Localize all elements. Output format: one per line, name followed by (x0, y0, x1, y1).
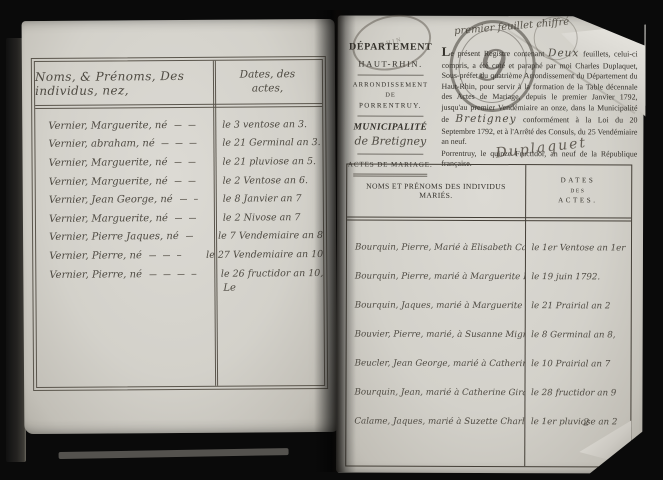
table-row: Vernier, abraham, néle 21 Germinal an 3. (35, 134, 322, 155)
name-cell: Vernier, Marguerite, né (49, 213, 168, 225)
left-page: Noms, & Prénoms, Des individus, nez, Dat… (22, 19, 338, 434)
dash-filler (149, 273, 196, 274)
date-cell: le 21 Germinal an 3. (213, 137, 322, 149)
date-cell: le 1er pluviose an 2 (524, 417, 631, 427)
dates-column-header: DATES DES ACTES. (525, 165, 632, 217)
dash-filler (162, 143, 198, 144)
name-cell: Vernier, Marguerite, né (49, 176, 168, 188)
marriage-acts-table: NOMS ET PRÉNOMS DES INDIVIDUS MARIÉS. DA… (345, 163, 632, 467)
table-row: Bouvier, Pierre, marié, à Susanne Mignol… (347, 320, 631, 350)
date-cell: le 26 fructidor an 10, (212, 268, 323, 280)
name-cell: Bourquin, Jaques, marié à Marguerite Cor… (347, 300, 525, 311)
marriage-table-body: Bourquin, Pierre, Marié à Elisabeth Cala… (346, 218, 631, 437)
name-cell: Bourquin, Pierre, Marié à Elisabeth Cala… (347, 242, 525, 253)
table-row: Vernier, Marguerite, néle 3 ventose an 3… (35, 115, 322, 136)
table-row: Bourquin, Jaques, marié à Marguerite Cor… (347, 291, 631, 321)
births-table-header: Noms, & Prénoms, Des individus, nez, Dat… (35, 60, 322, 106)
table-row: Bourquin, Jean, marié à Catherine Girard… (346, 378, 630, 408)
feuillets-word: feuillets, (579, 49, 610, 58)
table-row: Vernier, Marguerite, néle 21 pluviose an… (35, 152, 322, 173)
table-row: Vernier, Pierre, néle 26 fructidor an 10… (36, 264, 323, 285)
name-cell: Vernier, Jean George, né (49, 194, 173, 206)
name-cell: Vernier, Pierre Jaques, né (49, 231, 179, 243)
name-cell: Beucler, Jean George, marié à Catherine … (347, 358, 525, 369)
marriage-table-header: NOMS ET PRÉNOMS DES INDIVIDUS MARIÉS. DA… (347, 165, 631, 219)
names-column-header: Noms, & Prénoms, Des individus, nez, (35, 61, 213, 105)
name-cell: Vernier, Marguerite, né (48, 120, 167, 132)
dash-filler (175, 180, 198, 181)
births-index-table: Noms, & Prénoms, Des individus, nez, Dat… (31, 56, 328, 391)
arrondissement-value: PORRENTRUY. (346, 101, 434, 109)
table-row: Beucler, Jean George, marié à Catherine … (347, 349, 631, 379)
page-mark: 2 (583, 417, 589, 428)
dash-filler (174, 125, 197, 126)
date-cell: le 2 Nivose an 7 (214, 212, 323, 224)
date-cell: le 1er Ventose an 1er (524, 243, 631, 253)
table-row: Vernier, Marguerite, néle 2 Nivose an 7 (36, 208, 323, 229)
name-cell: Calame, Jaques, marié à Suzette Charle, (346, 416, 524, 427)
table-row: Vernier, Pierre, néle 27 Vendemiaire an … (36, 245, 323, 266)
scanned-register-spread: Noms, & Prénoms, Des individus, nez, Dat… (0, 0, 663, 480)
rule (358, 75, 423, 76)
table-row: Vernier, Pierre Jaques, néle 7 Vendemiai… (36, 227, 323, 248)
table-row: Vernier, Marguerite, néle 2 Ventose an 6… (36, 171, 323, 192)
dates-column-header: Dates, des actes, (213, 60, 322, 104)
name-cell: Bourquin, Jean, marié à Catherine Girard (346, 387, 524, 398)
dash-filler (175, 218, 198, 219)
dash-filler (180, 199, 198, 200)
date-cell: le 19 juin 1792. (524, 272, 631, 282)
table-row: Bourquin, Pierre, marié à Marguerite Péc… (347, 262, 631, 292)
rule (358, 154, 423, 155)
name-cell: Vernier, Marguerite, né (49, 157, 168, 169)
de-label: DE (347, 91, 435, 98)
name-cell: Bourquin, Pierre, marié à Marguerite Péc… (347, 271, 525, 282)
date-cell: le 7 Vendemiaire an 8 (209, 230, 323, 242)
date-cell: le 8 Germinal an 8, (524, 330, 631, 340)
names-column-header: NOMS ET PRÉNOMS DES INDIVIDUS MARIÉS. (347, 165, 525, 218)
date-cell: le 21 pluviose an 5. (213, 156, 322, 168)
name-cell: Vernier, abraham, né (48, 139, 154, 151)
municipalite-label: MUNICIPALITÉ (346, 122, 434, 132)
table-row: Bourquin, Pierre, Marié à Elisabeth Cala… (347, 233, 631, 263)
date-cell: le 8 Janvier an 7 (214, 193, 323, 205)
date-cell: le 2 Ventose an 6. (214, 175, 323, 187)
right-page: premier feuillet chiffré DÉPARTEMENT HAU… (336, 15, 644, 473)
date-cell: le 21 Prairial an 2 (524, 301, 631, 311)
name-cell: Vernier, Pierre, né (49, 250, 142, 262)
preamble-opening: Le présent Registre contenant (442, 49, 548, 58)
underlying-page-edge (59, 448, 289, 459)
births-table-body: Vernier, Marguerite, néle 3 ventose an 3… (35, 104, 323, 295)
trailing-mark: Le (214, 282, 323, 294)
dash-filler (175, 162, 198, 163)
table-row: Vernier, Jean George, néle 8 Janvier an … (36, 189, 323, 210)
date-cell: le 10 Prairial an 7 (524, 359, 631, 369)
feuillets-count-handwritten: Deux (548, 47, 579, 59)
dash-filler (186, 236, 193, 237)
arrondissement-label: ARRONDISSEMENT (347, 81, 435, 88)
dash-filler (149, 255, 181, 256)
municipalite-handwritten: de Bretigney (346, 134, 434, 147)
rule (358, 116, 423, 117)
date-cell: le 28 fructidor an 9 (524, 388, 631, 398)
name-cell: Vernier, Pierre, né (49, 269, 142, 281)
date-cell: le 3 ventose an 3. (213, 119, 322, 131)
name-cell: Bouvier, Pierre, marié, à Susanne Mignol… (347, 329, 525, 340)
municipality-handwritten: Bretigney (455, 113, 516, 125)
